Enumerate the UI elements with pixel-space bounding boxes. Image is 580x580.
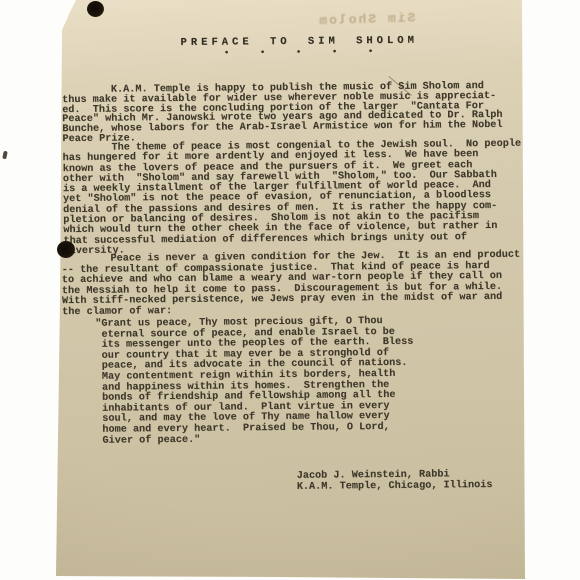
- paragraph-1: K.A.M. Temple is happy to publish the mu…: [62, 82, 503, 145]
- page-content: Sim Sholom PREFACE TO SIM SHOLOM • • • •…: [0, 0, 580, 580]
- edge-speck: [2, 151, 8, 160]
- ink-bleedthrough-text: Sim Sholom: [285, 10, 415, 29]
- paragraph-3: Peace is never a given condition for the…: [62, 251, 521, 318]
- hole-punch-top-icon: [87, 1, 104, 17]
- asterisk-ornament: • • • • •: [224, 47, 377, 59]
- prayer-quote: "Grant us peace, Thy most precious gift,…: [95, 317, 414, 447]
- hole-punch-left-icon: [57, 241, 75, 258]
- paper-sheet: Sim Sholom PREFACE TO SIM SHOLOM • • • •…: [0, 0, 580, 580]
- paragraph-2: The theme of peace is most congenial to …: [63, 140, 523, 258]
- signature-block: Jacob J. Weinstein, Rabbi K.A.M. Temple,…: [297, 469, 493, 494]
- scanned-page-photo: Sim Sholom PREFACE TO SIM SHOLOM • • • •…: [0, 0, 580, 580]
